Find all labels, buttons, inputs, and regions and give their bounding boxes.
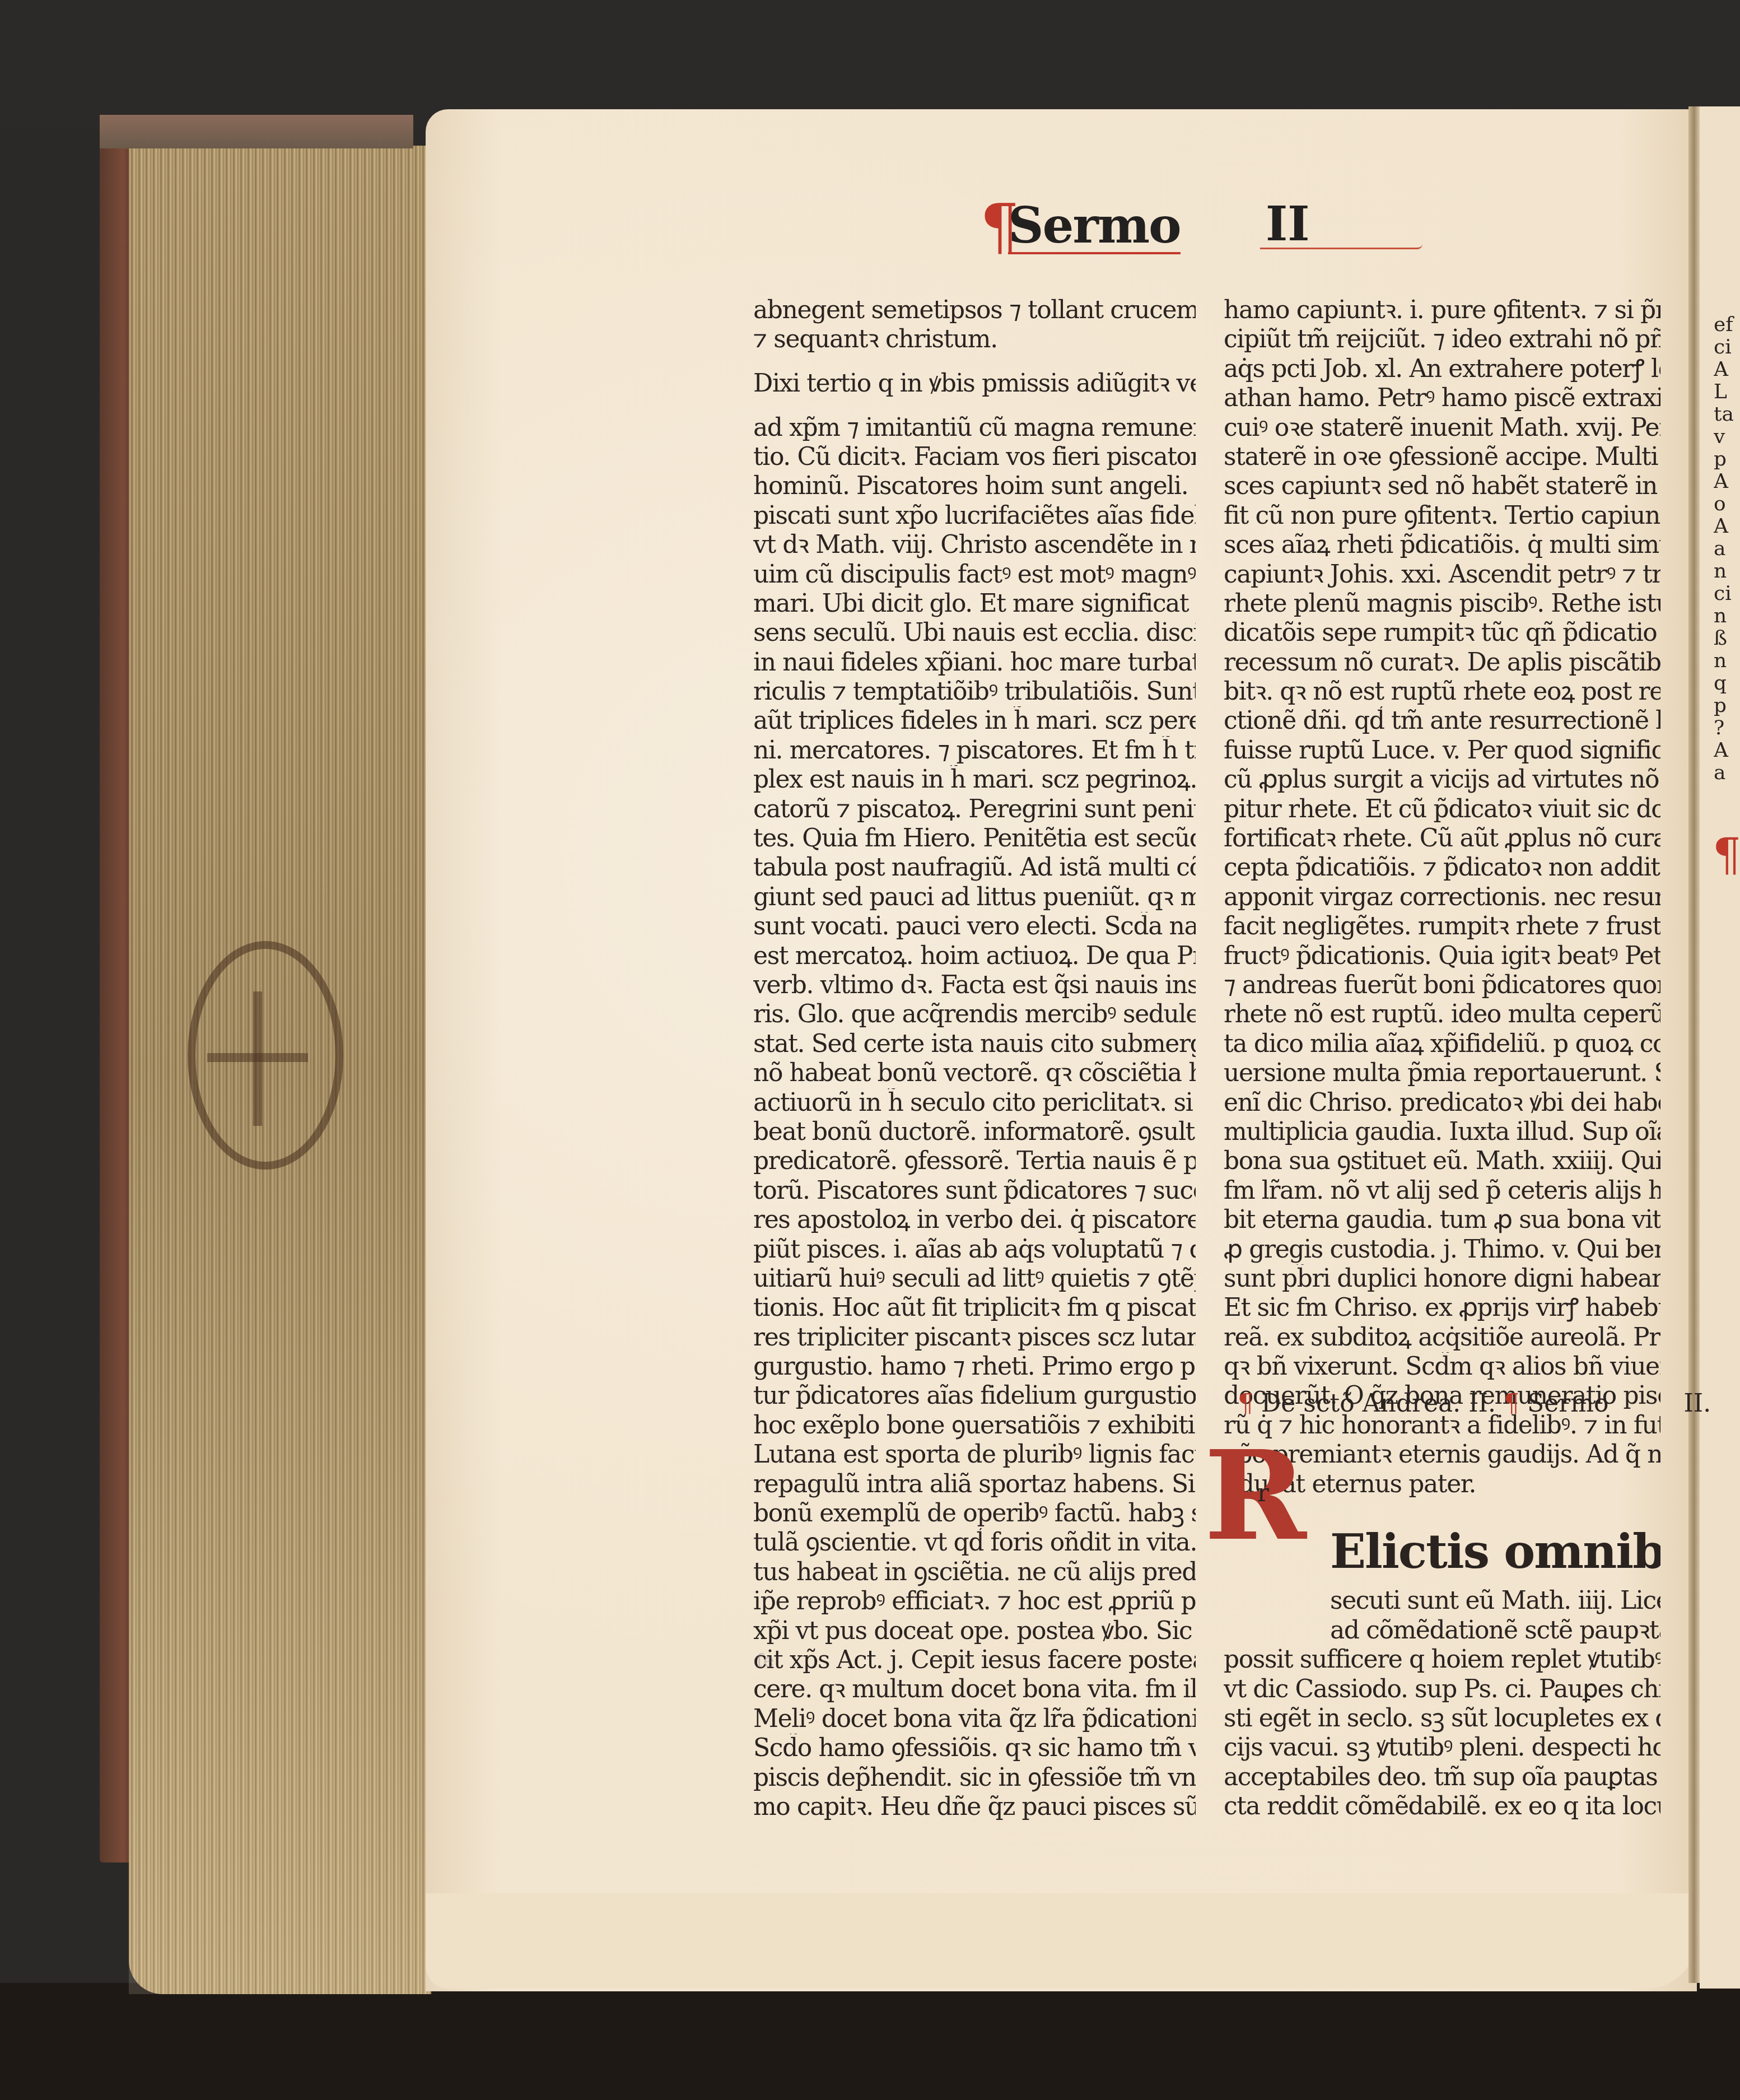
text-line: capiuntꝛ Johis. xxi. Ascendit petrꝰ ⁊ tr… [1224, 560, 1660, 589]
text-line: vt dꝛ Math. viij. Christo ascendẽte in n… [753, 530, 1196, 560]
text-line: ⁊ andreas fuerũt boni p̃dicatores quorũ [1224, 971, 1660, 1000]
text-line: ctionẽ dñi. qd̓ tm̃ ante resurrectionẽ l… [1224, 706, 1660, 735]
text-line: fm lr̃am. nõ vt alij sed p̃ ceteris alij… [1224, 1176, 1660, 1205]
text-line: bit eterna gaudia. tum ꝓ sua bona vita. … [1224, 1205, 1660, 1235]
fragment: ef [1714, 314, 1740, 336]
text-line: cuiꝰ oꝛe staterẽ inuenit Math. xvij. Per [1224, 413, 1660, 443]
stamp-cross-horizontal [207, 1053, 308, 1062]
text-line: sunt pb̃ri duplici honore digni habeantꝛ… [1224, 1264, 1660, 1293]
text-line: fit cũ non pure ꝯfitentꝛ. Tertio capiunt… [1224, 501, 1660, 530]
text-line: bonũ exemplũ de operibꝰ factũ. habꝫ spor [753, 1499, 1196, 1528]
text-line: recessum nõ curatꝛ. De aplis piscãtibꝰ s… [1224, 648, 1660, 677]
text-line: Et sic fm Chriso. ex ꝓprijs virꝭ habebũt… [1224, 1293, 1660, 1323]
text-line: hominũ. Piscatores hoim sunt angeli. qui [753, 472, 1196, 501]
text-line: multiplicia gaudia. Iuxta illud. Sup oĩa [1224, 1117, 1660, 1147]
text-line: actiuorũ in h̃ seculo cito periclitatꝛ. … [753, 1088, 1196, 1117]
fragment: ci [1714, 336, 1740, 358]
text-line: fructꝰ p̃dicationis. Quia igitꝛ beatꝰ Pe… [1224, 942, 1660, 971]
fragment: n [1714, 560, 1740, 583]
section-heading-text: De sctõ Andrea. II. [1261, 1389, 1496, 1418]
section-heading: ¶ De sctõ Andrea. II. ¶ Sermo II. [1238, 1389, 1711, 1418]
text-line: fuisse ruptũ Luce. v. Per quod significa… [1224, 736, 1660, 765]
text-line: plex est nauis in h̃ mari. scz pegrinoꝝ.… [753, 765, 1196, 794]
fragment: p [1714, 695, 1740, 717]
fragment: o [1714, 493, 1740, 515]
text-line: abnegent semetipsos ⁊ tollant crucem suã [753, 296, 1196, 325]
section-sermo-label: Sermo [1527, 1389, 1608, 1418]
fragment: a [1714, 538, 1740, 560]
text-line: rhete nõ est ruptũ. ideo multa ceperũt. … [1224, 1000, 1660, 1029]
text-line: facit negligẽtes. rumpitꝛ rhete ⁊ frustr… [1224, 912, 1660, 941]
text-line: piscati sunt xp̃o lucrifaciẽtes aĩas fid… [753, 501, 1196, 530]
text-line: riculis ⁊ temptatiõibꝰ tribulatiõis. Sun… [753, 677, 1196, 706]
text-line: ris. Glo. que acq̃rendis mercibꝰ sedule … [753, 1000, 1196, 1029]
text-line: uersione multa p̃mia reportauerunt. Sic [1224, 1059, 1660, 1088]
fragment: L [1714, 381, 1740, 403]
text-line: hoc exẽplo bone ꝯuersatiõis ⁊ exhibitiõi… [753, 1411, 1196, 1440]
text-line: Lutana est sporta de pluribꝰ lignis fact… [753, 1440, 1196, 1469]
text-line: ⁊ sequantꝛ christum. [753, 325, 1196, 354]
fragment: v [1714, 426, 1740, 448]
text-line: reã. ex subditoꝝ acq̇sitiõe aureolã. Pri… [1224, 1323, 1660, 1352]
fragment: ß [1714, 627, 1740, 650]
text-line: possit sufficere q hoiem replet ꝟtutibꝰ.… [1224, 1645, 1660, 1674]
fragment: A [1714, 358, 1740, 381]
text-line: nõ habeat bonũ vectorẽ. qꝛ cõsciẽtia hoi… [753, 1059, 1196, 1088]
text-line: ad cõmẽdationẽ sctẽ paupꝛtatis [1224, 1616, 1660, 1645]
text-line: in naui fideles xp̃iani. hoc mare turbat… [753, 648, 1196, 677]
text-line: tes. Quia fm Hiero. Penitẽtia est secũda [753, 824, 1196, 853]
text-line: ta dico milia aĩaꝝ xp̃ifideliũ. p quoꝝ c… [1224, 1030, 1660, 1059]
text-line: ꝓ gregis custodia. j. Thimo. v. Qui bene… [1224, 1235, 1660, 1264]
text-line: sens seculũ. Ubi nauis est ecclia. disci… [753, 618, 1196, 648]
fragment: a [1714, 762, 1740, 784]
fragment: ta [1714, 403, 1740, 426]
text-line: Scd̃o hamo ꝯfessiõis. qꝛ sic hamo tm̃ vn… [753, 1734, 1196, 1763]
text-line: uim cũ discipulis factꝰ est motꝰ magnꝰ i… [753, 560, 1196, 589]
text-line: fortificatꝛ rhete. Cũ aũt ꝓplus nõ curat… [1224, 824, 1660, 853]
text-line: beat bonũ ductorẽ. informatorẽ. ꝯsultorẽ… [753, 1117, 1196, 1147]
background-bottom [0, 1983, 1740, 2100]
text-line: Meliꝰ docet bona vita q̃z lr̃a p̃dicatio… [753, 1705, 1196, 1734]
text-line: est mercatoꝝ. hoim actiuoꝝ. De qua Pro/ [753, 942, 1196, 971]
text-line: ad xp̃m ⁊ imitantiũ cũ magna remunera/ [753, 413, 1196, 443]
text-line: acceptabiles deo. tm̃ sup oĩa pauꝑtas sa… [1224, 1763, 1660, 1792]
faint-signature-mark: ſe [756, 1650, 775, 1672]
text-line: stat. Sed certe ista nauis cito submergi… [753, 1030, 1196, 1059]
text-line: cere. qꝛ multum docet bona vita. fm illu… [753, 1675, 1196, 1704]
text-line: tus habeat in ꝯsciẽtia. ne cũ alijs pred… [753, 1558, 1196, 1587]
text-line: cijs vacui. sꝫ ꝟtutibꝰ pleni. despecti h… [1224, 1733, 1660, 1762]
fragment: ci [1714, 583, 1740, 605]
fragment: ? [1714, 717, 1740, 739]
fragment: A [1714, 515, 1740, 538]
text-line: ni. mercatores. ⁊ piscatores. Et fm h̃ t… [753, 736, 1196, 765]
text-line: torũ. Piscatores sunt p̃dicatores ⁊ suce… [753, 1176, 1196, 1205]
fragment: p [1714, 448, 1740, 471]
text-line: secuti sunt eũ Math. iiij. Licet [1224, 1586, 1660, 1615]
text-line: tabula post naufragiũ. Ad istã multi cõf… [753, 853, 1196, 882]
text-line: staterẽ in oꝛe ꝯfessionẽ accipe. Multi p… [1224, 443, 1660, 472]
header-title: Sermo [1008, 201, 1181, 254]
text-line: tur p̃dicatores aĩas fidelium gurgustio.… [753, 1381, 1196, 1410]
text-line: verb. vltimo dꝛ. Facta est q̃si nauis in… [753, 971, 1196, 1000]
text-line: athan hamo. Petrꝰ hamo piscẽ extraxit i [1224, 384, 1660, 413]
text-line: piscis dep̃hendit. sic in ꝯfessiõe tm̃ v… [753, 1763, 1196, 1792]
pilcrow-icon: ¶ [1713, 829, 1740, 881]
text-line: tulã ꝯscientie. vt qd̓ foris oñdit in vi… [753, 1528, 1196, 1557]
fragment: A [1714, 739, 1740, 762]
text-column-right: hamo capiuntꝛ. i. pure ꝯfitentꝛ. ⁊ si p̃… [1224, 296, 1660, 1822]
text-column-left: abnegent semetipsos ⁊ tollant crucem suã… [753, 296, 1196, 1822]
text-line: vt dic Cassiodo. sup Ps. ci. Pauꝑes chri… [1224, 1675, 1660, 1704]
text-line: uitiarũ huiꝰ seculi ad littꝰ quietis ⁊ ꝯ… [753, 1264, 1196, 1293]
running-header: ¶ Sermo II [969, 190, 1361, 258]
text-line: res apostoloꝝ in verbo dei. q̇ piscatore… [753, 1205, 1196, 1235]
text-line: xp̃i vt pus doceat ope. postea ꝟbo. Sic … [753, 1617, 1196, 1646]
text-line: sces capiuntꝛ sed nõ habẽt staterẽ in oꝛ… [1224, 472, 1660, 501]
fragment: n [1714, 650, 1740, 672]
text-line: giunt sed pauci ad littus pueniũt. qꝛ mu… [753, 883, 1196, 912]
rubric-flourish [1260, 244, 1422, 249]
text-line: ip̃e reprobꝰ efficiatꝛ. ⁊ hoc est ꝓpriũ … [753, 1587, 1196, 1616]
text-line: hamo capiuntꝛ. i. pure ꝯfitentꝛ. ⁊ si p̃… [1224, 296, 1660, 325]
text-line: dicatõis sepe rumpitꝛ tũc qñ p̃dicatio p… [1224, 618, 1660, 648]
text-line: repagulũ intra aliã sportaz habens. Sic [753, 1470, 1196, 1499]
text-line: piũt pisces. i. aĩas ab aq̇s voluptatũ ⁊… [753, 1235, 1196, 1264]
header-number: II [1266, 201, 1310, 248]
fragment: n [1714, 605, 1740, 627]
text-line: Dixi tertio q in ꝟbis pmissis adiũgitꝛ v… [753, 355, 1196, 413]
text-line: mo capitꝛ. Heu dñe q̃z pauci pisces sũt … [753, 1792, 1196, 1822]
text-line: catorũ ⁊ piscatoꝝ. Peregrini sunt penite… [753, 795, 1196, 824]
text-line: cit xp̃s Act. j. Cepit iesus facere post… [753, 1646, 1196, 1675]
guide-letter: r [1257, 1479, 1269, 1507]
text-line: aũt triplices fideles in h̃ mari. scz pe… [753, 706, 1196, 735]
fragment: q [1714, 672, 1740, 695]
fragment: A [1714, 471, 1740, 493]
text-line: tionis. Hoc aũt fit triplicitꝛ fm q pisc… [753, 1293, 1196, 1323]
text-line: res tripliciter piscantꝛ pisces scz luta… [753, 1323, 1196, 1352]
gutter [1688, 106, 1700, 1983]
text-line: sti egẽt in seclo. sꝫ sũt locupletes ex … [1224, 1704, 1660, 1733]
text-line: sces aĩaꝝ rheti p̃dicatiõis. q̇ multi si… [1224, 530, 1660, 560]
text-line: tio. Cũ dicitꝛ. Faciam vos fieri piscato… [753, 443, 1196, 472]
text-line: gurgustio. hamo ⁊ rheti. Primo ergo pisc… [753, 1352, 1196, 1381]
pilcrow-icon: ¶ [1238, 1389, 1253, 1418]
text-line: bona sua ꝯstituet eũ. Math. xxiiij. Quia [1224, 1147, 1660, 1176]
text-line: cepta p̃dicatiõis. ⁊ p̃dicatoꝛ non addit… [1224, 853, 1660, 882]
facing-page-text-fragments: efciALtavpAoAancinßnqp?Aa [1714, 314, 1740, 784]
text-line: cipiũt tm̃ reijciũt. ⁊ ideo extrahi nõ p… [1224, 325, 1660, 354]
text-line: mari. Ubi dicit glo. Et mare significat … [753, 589, 1196, 618]
drop-cap-letter: R [1204, 1423, 1307, 1568]
text-line: pitur rhete. Et cũ p̃dicatoꝛ viuit sic d… [1224, 795, 1660, 824]
pilcrow-icon: ¶ [1504, 1389, 1519, 1418]
text-line: predicatorẽ. ꝯfessorẽ. Tertia nauis ẽ pi… [753, 1147, 1196, 1176]
text-line: cta reddit cõmẽdabilẽ. ex eo q ita locup… [1224, 1792, 1660, 1821]
text-line: enĩ dic Chriso. predicatoꝛ ꝟbi dei habeb… [1224, 1088, 1660, 1117]
section-sermo-number: II. [1683, 1389, 1711, 1418]
book-cover-top [100, 115, 413, 148]
text-line: cũ ꝓplus surgit a vicijs ad virtutes nõ … [1224, 765, 1660, 794]
page-bottom-edge [426, 1893, 1697, 1989]
text-line: aq̇s pcti Job. xl. An extrahere poterꝭ l… [1224, 355, 1660, 384]
text-line: qꝛ bñ vixerunt. Scd̃m qꝛ alios bñ viuere [1224, 1352, 1660, 1381]
text-line: apponit virgaz correctionis. nec resurge… [1224, 883, 1660, 912]
text-line: bitꝛ. qꝛ nõ est ruptũ rhete eoꝝ post res… [1224, 677, 1660, 706]
text-line: sunt vocati. pauci vero electi. Scd̃a na… [753, 912, 1196, 941]
text-line: rhete plenũ magnis piscibꝰ. Rethe istud … [1224, 589, 1660, 618]
